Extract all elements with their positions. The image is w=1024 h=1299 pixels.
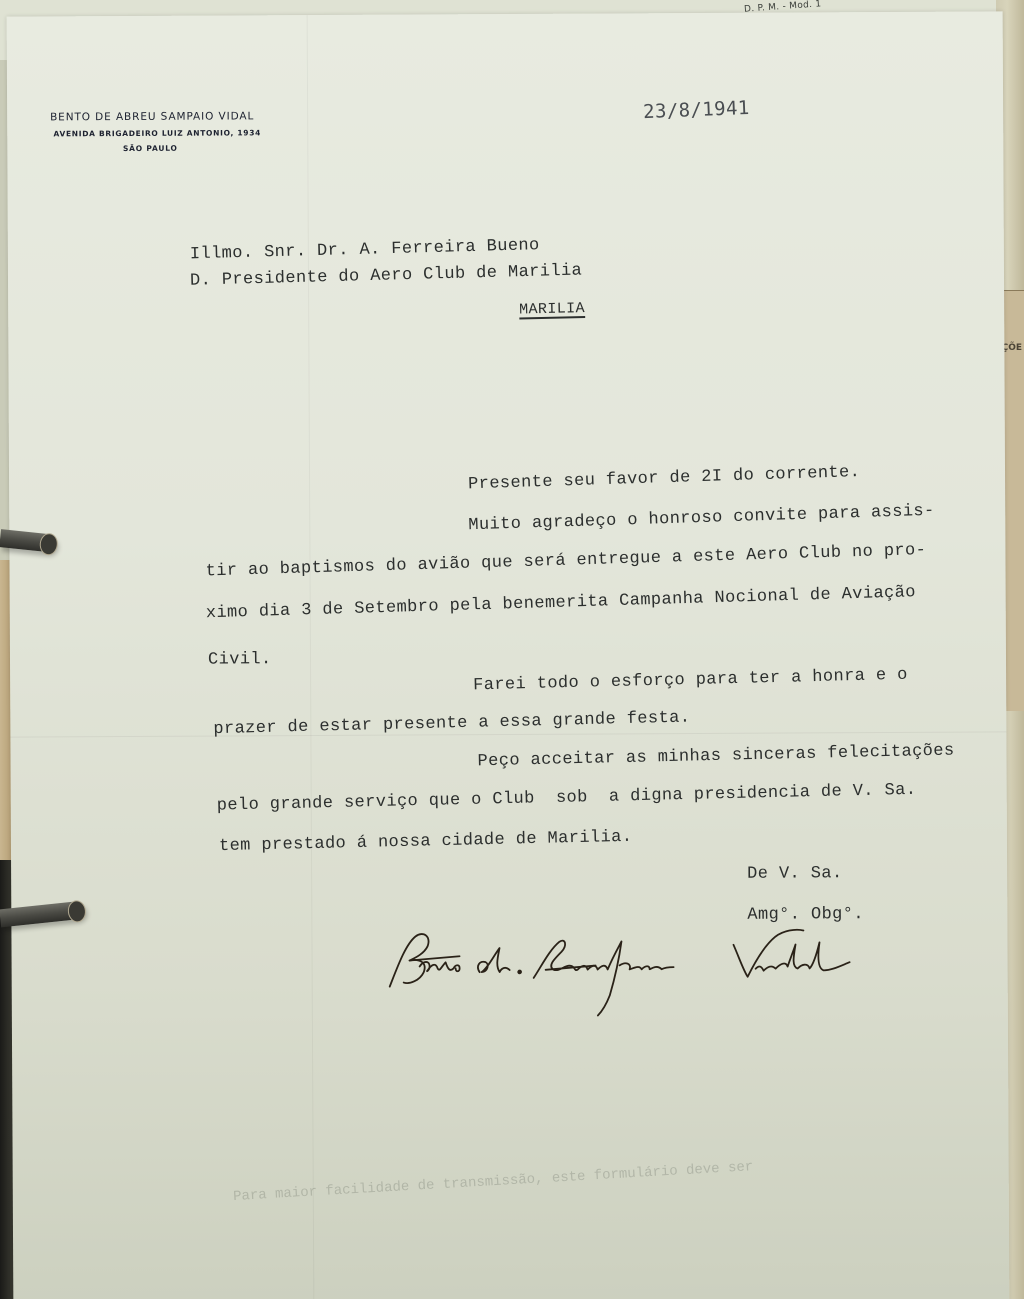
paragraph-2-line-1: Muito agradeço o honroso convite para as… xyxy=(468,502,935,536)
letterhead: BENTO DE ABREU SAMPAIO VIDAL AVENIDA BRI… xyxy=(7,110,287,153)
letterhead-name: BENTO DE ABREU SAMPAIO VIDAL xyxy=(17,110,287,123)
paragraph-4-line-3: tem prestado á nossa cidade de Marilia. xyxy=(219,828,633,856)
letterhead-city: SÃO PAULO xyxy=(13,143,287,153)
recipient-city: MARILIA xyxy=(519,300,585,318)
recipient-line-1: Illmo. Snr. Dr. A. Ferreira Bueno xyxy=(190,236,540,264)
letterhead-address: AVENIDA BRIGADEIRO LUIZ ANTONIO, 1934 xyxy=(27,128,287,138)
paragraph-2-line-3: ximo dia 3 de Setembro pela benemerita C… xyxy=(206,583,917,623)
document-photo: D. P. M. - Mod. 1 ÇÕE BENTO DE ABREU SAM… xyxy=(0,0,1024,1299)
paragraph-3-line-2: prazer de estar presente a essa grande f… xyxy=(213,708,690,739)
paragraph-1: Presente seu favor de 2I do corrente. xyxy=(468,463,861,494)
paragraph-3-line-1: Farei todo o esforço para ter a honra e … xyxy=(473,666,908,696)
letter-sheet: BENTO DE ABREU SAMPAIO VIDAL AVENIDA BRI… xyxy=(7,11,1010,1299)
letter-date: 23/8/1941 xyxy=(643,97,750,123)
closing-line-1: De V. Sa. xyxy=(747,864,843,883)
paragraph-2-line-2: tir ao baptismos do avião que será entre… xyxy=(205,541,926,581)
paragraph-4-line-2: pelo grande serviço que o Club sob a dig… xyxy=(217,781,917,816)
paragraph-2-line-4: Civil. xyxy=(208,650,272,669)
recipient-line-2: D. Presidente do Aero Club de Marilia xyxy=(190,262,583,291)
paragraph-4-line-1: Peço acceitar as minhas sinceras felecit… xyxy=(477,742,954,772)
closing-line-2: Amg°. Obg°. xyxy=(747,905,864,925)
bleed-through-text: Para maior facilidade de transmissão, es… xyxy=(233,1159,754,1205)
handwritten-signature xyxy=(383,924,914,1027)
folder-tab-text: ÇÕE xyxy=(1002,343,1022,353)
